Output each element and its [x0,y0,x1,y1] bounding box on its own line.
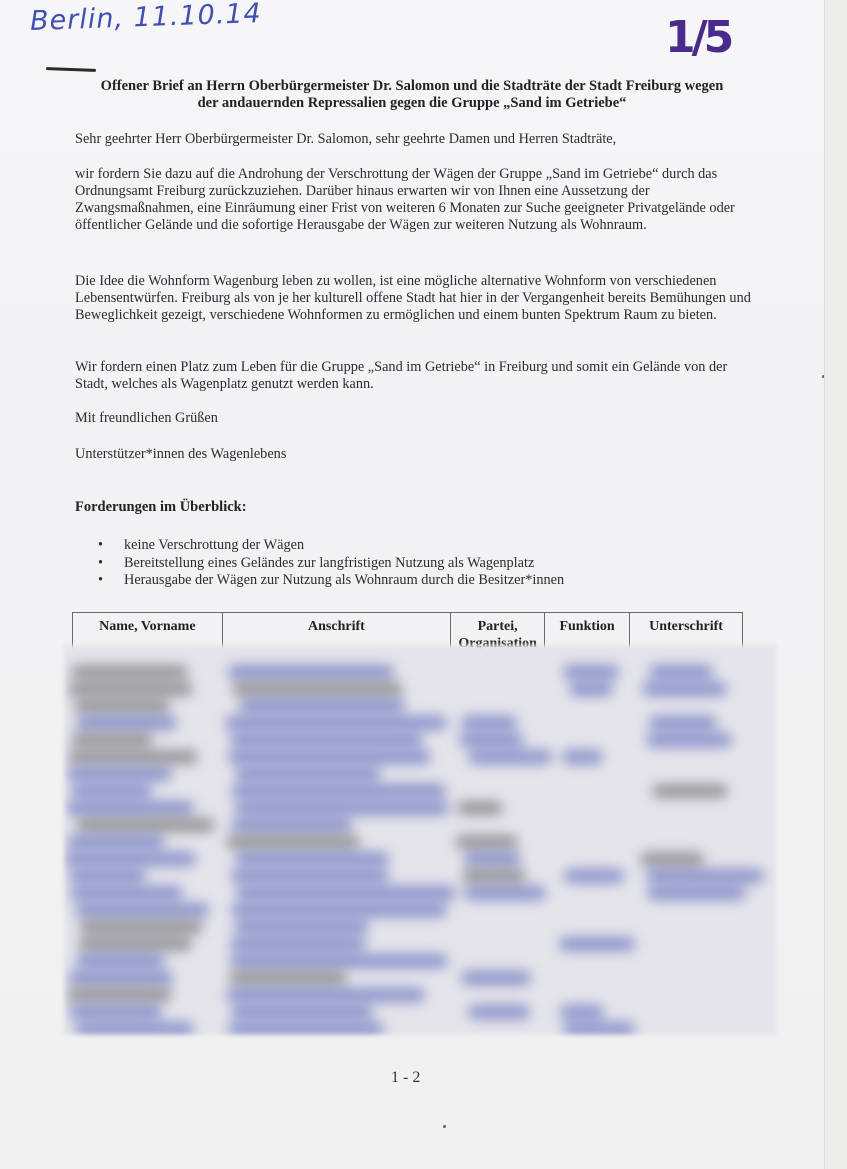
blurred-stroke [75,1022,194,1035]
staple-mark [46,67,96,72]
salutation: Sehr geehrter Herr Oberbürgermeister Dr.… [75,131,755,148]
blurred-stroke [646,869,764,883]
blurred-stroke [228,750,431,764]
blurred-stroke [236,886,456,900]
blurred-stroke [652,784,728,798]
blurred-stroke [75,903,209,917]
blurred-stroke [231,903,447,917]
blurred-stroke [649,716,717,730]
blurred-stroke [67,835,164,849]
blurred-stroke [76,716,177,730]
blurred-stroke [76,954,164,968]
blurred-stroke [78,937,192,951]
blurred-stroke [76,818,214,832]
blurred-stroke [231,784,446,798]
blurred-stroke [226,835,360,849]
blurred-stroke [455,835,518,849]
blurred-stroke [67,988,171,1002]
blurred-stroke [642,682,727,696]
handwritten-page-mark: 1/5 [665,12,730,63]
handwritten-place-date: Berlin, 11.10.14 [30,0,263,37]
demands-list: keine Verschrottung der Wägen Bereitstel… [98,537,564,590]
blurred-stroke [229,971,347,985]
blurred-stroke [461,971,531,985]
blurred-stroke [563,1022,635,1035]
scan-background-edge [824,0,847,1169]
blurred-stroke [564,869,624,883]
blurred-stroke [228,1022,384,1035]
blurred-stroke [234,920,368,934]
blurred-stroke [640,852,704,866]
blurred-stroke [68,750,199,764]
demands-heading: Forderungen im Überblick: [75,499,247,516]
blurred-stroke [228,665,394,679]
letter-title: Offener Brief an Herrn Oberbürgermeister… [78,78,746,112]
page-number: 1 - 2 [391,1069,420,1087]
signer: Unterstützer*innen des Wagenlebens [75,446,755,463]
blurred-stroke [68,971,173,985]
closing: Mit freundlichen Grüßen [75,410,755,427]
blurred-stroke [647,886,746,900]
paragraph-idea: Die Idee die Wohnform Wagenburg leben zu… [75,273,755,324]
blurred-stroke [232,682,403,696]
blurred-stroke [231,818,352,832]
blurred-stroke [235,852,389,866]
blurred-stroke [461,716,517,730]
blurred-stroke [66,801,194,815]
blurred-stroke [231,1005,372,1019]
blurred-stroke [646,733,732,747]
demand-item: Bereitstellung eines Geländes zur langfr… [98,555,564,573]
letter-page: Berlin, 11.10.14 1/5 Offener Brief an He… [0,0,824,1169]
blurred-stroke [235,767,381,781]
demand-item: keine Verschrottung der Wägen [98,537,564,555]
title-line-1: Offener Brief an Herrn Oberbürgermeister… [78,78,746,95]
blurred-stroke [560,1005,603,1019]
blurred-stroke [563,665,619,679]
blurred-stroke [69,1005,161,1019]
blurred-stroke [71,665,188,679]
blurred-stroke [79,920,203,934]
blurred-stroke [225,716,447,730]
blurred-stroke [69,869,146,883]
blurred-stroke [464,886,546,900]
blurred-stroke [74,699,170,713]
blurred-stroke [230,937,366,951]
blurred-stroke [459,733,524,747]
blurred-stroke [457,801,504,815]
blurred-stroke [230,733,423,747]
paper-speck [443,1125,446,1128]
blurred-stroke [67,767,172,781]
blurred-stroke [231,869,389,883]
blurred-stroke [71,733,153,747]
blurred-stroke [462,869,526,883]
blurred-stroke [71,784,153,798]
blurred-stroke [226,988,425,1002]
blurred-stroke [562,750,603,764]
blurred-stroke [239,699,405,713]
blurred-stroke [234,801,449,815]
blurred-stroke [464,852,521,866]
paragraph-place: Wir fordern einen Platz zum Leben für di… [75,359,755,393]
demand-item: Herausgabe der Wägen zur Nutzung als Woh… [98,572,564,590]
blurred-stroke [649,665,714,679]
paragraph-demand: wir fordern Sie dazu auf die Androhung d… [75,166,755,234]
blurred-stroke [559,937,635,951]
title-line-2: der andauernden Repressalien gegen die G… [78,95,746,112]
blurred-stroke [569,682,614,696]
blurred-stroke [64,852,196,866]
redacted-signatures [64,645,776,1035]
blurred-stroke [70,886,182,900]
blurred-stroke [468,1005,530,1019]
blurred-stroke [68,682,193,696]
blurred-stroke [468,750,552,764]
blurred-stroke [230,954,448,968]
